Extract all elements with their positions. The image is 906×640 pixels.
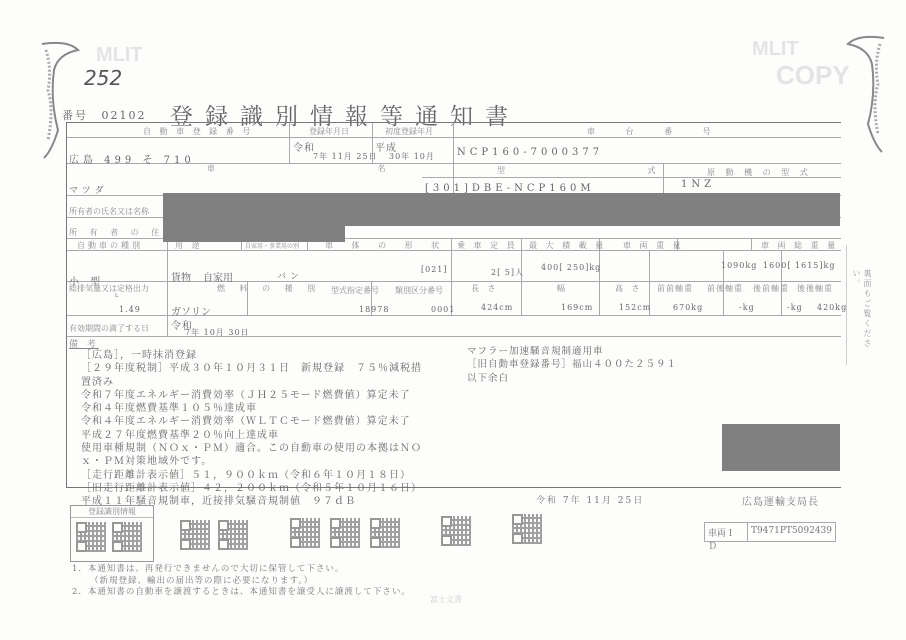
fr-axle-value: -kg (739, 303, 755, 312)
side-note: 裏面もご覧ください。 (846, 245, 861, 365)
remark-line: 平成２７年度燃費基準２０％向上達成車 (81, 429, 422, 442)
qr-box-label: 登録識別情報 (71, 506, 153, 518)
document-number-value: 02102 (102, 109, 147, 122)
category-value: 0001 (431, 305, 455, 314)
category-label: 類別区分番号 (395, 285, 443, 296)
displacement-unit: L (115, 293, 119, 299)
ff-axle-label: 前前軸重 (657, 283, 693, 294)
reg-number-value: 広島 499 そ 710 (69, 151, 195, 166)
chassis-value: NCP160-7000377 (457, 147, 603, 158)
rr-axle-value: 420kg (817, 303, 847, 312)
watermark-copy: COPY (776, 60, 850, 91)
fr-axle-label: 前後軸重 (707, 283, 743, 294)
private-label: 自家用・事業用の別 (245, 241, 299, 250)
remark-line: 以下余白 (467, 372, 677, 385)
expiry-value: 7年 10月 30日 (185, 327, 250, 338)
document-number: 番号 02102 (62, 107, 147, 123)
owner-address-redaction (163, 226, 345, 242)
qr-code-icon (441, 516, 471, 546)
model-label: 型 式 (497, 165, 726, 176)
remarks-right: マフラー加速騒音規制適用車 ［旧自動車登録番号］福山４００た２５９１ 以下余白 (467, 345, 677, 385)
gross-weight-value: 1600[ 1615]kg (763, 261, 835, 270)
side-note-text: 裏面もご覧ください。 (851, 269, 873, 365)
length-label: 長 さ (471, 283, 499, 294)
rr-axle-label: 後後軸重 (797, 283, 833, 294)
remark-line: ［走行距離計表示値］５１，９００ｋｍ（令和６年１０月１８日） (81, 469, 422, 482)
body-value: バン (277, 269, 303, 282)
fuel-value: ガソリン (171, 303, 211, 318)
max-load-label: 最 大 積 載 量 (529, 240, 606, 251)
type-approval-label: 型式指定番号 (331, 285, 379, 296)
document-number-label: 番号 (62, 109, 88, 122)
remark-line: ［広島］，一時抹消登録 (81, 349, 422, 362)
qr-code-icon (218, 520, 248, 550)
remarks-redaction (722, 424, 840, 471)
watermark-right: MLIT (752, 38, 799, 61)
remarks-left: ［広島］，一時抹消登録 ［２９年度税制］平成３０年１０月３１日 新規登録 ７５％… (81, 349, 422, 509)
height-label: 高 さ (615, 283, 643, 294)
vehicle-id-value: T9471PT5092439 (748, 523, 835, 541)
remark-line: ［旧走行距離計表示値］４２，２００ｋｍ（令和５年１０月１６日） (81, 482, 422, 495)
private-value: 自家用 (203, 269, 233, 284)
weight-value: 1090kg (721, 261, 757, 270)
reg-date-label: 登録年月日 (309, 126, 349, 137)
remark-line: 令和７年度エネルギー消費効率（ＪＨ２５モード燃費値）算定未了 (81, 389, 422, 402)
height-value: 152cm (619, 303, 651, 312)
qr-code-icon (370, 518, 400, 548)
qr-code-icon (290, 518, 320, 548)
note-1: 1．本通知書は、再発行できませんので大切に保管して下さい。 (72, 562, 344, 574)
engine-label: 原 動 機 の 型 式 (707, 167, 812, 178)
remark-line: 使用車種規制（ＮＯｘ・ＰＭ）適合。この自動車の使用の本拠はＮＯ (81, 442, 422, 455)
printer-mark: 富士文書 (430, 594, 462, 605)
first-reg-label: 初度登録年月 (385, 126, 433, 137)
width-label: 幅 (557, 283, 568, 294)
vehicle-id-label: 車両ＩＤ (705, 523, 748, 541)
capacity-value: 2[ 5]人 (491, 267, 524, 278)
fuel-label: 燃 料 の 種 別 (217, 283, 321, 294)
issue-date: 令和 7年 11月 25日 (536, 493, 644, 506)
remark-line: ｘ・ＰＭ対策地域外です。 (81, 455, 422, 468)
use-value: 貨物 (171, 269, 191, 284)
remark-line: 令和４年度エネルギー消費効率（ＷＬＴＣモード燃費値）算定未了 (81, 415, 422, 428)
watermark-left: MLIT (96, 44, 143, 67)
chassis-label: 車 台 番 号 (587, 126, 725, 137)
max-load-value: 400[ 250]kg (541, 263, 601, 272)
displacement-value: 1.49 (119, 305, 141, 314)
first-reg-value: 30年 10月 (389, 151, 435, 162)
qr-code-icon (512, 514, 542, 544)
width-value: 169cm (561, 303, 593, 312)
capacity-label: 乗 車 定 員 (457, 240, 518, 251)
note-2: 2．本通知書の自動車を譲渡するときは、本通知書を譲受人に譲渡して下さい。 (72, 585, 411, 597)
ff-axle-value: 670kg (673, 303, 703, 312)
remark-line: マフラー加速騒音規制適用車 (467, 345, 677, 358)
qr-code-icon (76, 522, 106, 552)
expiry-label: 有効期間の満了する日 (69, 323, 149, 334)
remark-line: 令和４年度燃費基準１０５％達成車 (81, 402, 422, 415)
reg-date-value: 7年 11月 25日 (313, 151, 378, 162)
car-name-value: マツダ (69, 183, 108, 196)
car-name-label: 車 名 (207, 163, 466, 174)
vehicle-id-box: 車両ＩＤ T9471PT5092439 (704, 522, 836, 542)
engine-value: 1NZ (681, 179, 715, 190)
rf-axle-label: 後前軸重 (753, 283, 789, 294)
owner-name-label: 所有者の氏名又は名称 (69, 206, 149, 217)
owner-redaction (163, 193, 840, 226)
vehicle-type-label: 自動車の種別 (77, 240, 143, 251)
qr-code-icon (330, 518, 360, 548)
issuer: 広島運輸支局長 (742, 493, 819, 508)
remark-line: ［２９年度税制］平成３０年１０月３１日 新規登録 ７５％減税措 (81, 362, 422, 375)
reg-date-era: 令和 (293, 139, 315, 154)
length-value: 424cm (481, 303, 513, 312)
remark-line: 置済み (81, 376, 422, 389)
type-approval-value: 18978 (359, 305, 389, 314)
body-code: [021] (421, 265, 448, 274)
handwritten-number: 252 (84, 66, 122, 90)
qr-code-icon (180, 520, 210, 550)
reg-number-label: 自 動 車 登 録 番 号 (143, 126, 253, 137)
displacement-label: 総排気量又は定格出力 (69, 283, 149, 294)
weight-label: 車 両 重 量 (623, 240, 684, 251)
qr-code-icon (112, 522, 142, 552)
remark-line: ［旧自動車登録番号］福山４００た２５９１ (467, 358, 677, 371)
rf-axle-value: -kg (787, 303, 803, 312)
ornament-right-icon (842, 34, 888, 154)
gross-weight-label: 車 両 総 重 量 (761, 240, 838, 251)
